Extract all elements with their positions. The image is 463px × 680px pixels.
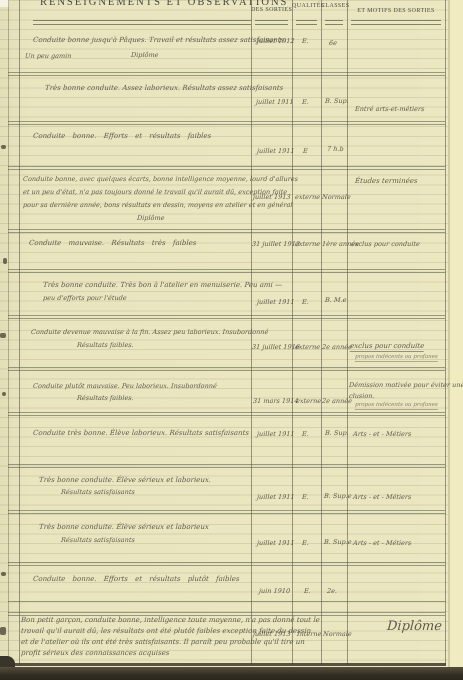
table-right-border (445, 0, 446, 665)
date-cell: juillet 1911 (256, 99, 294, 106)
observation-line: profit sérieux des connaissances acquise… (21, 650, 170, 657)
date-cell: juin 1910 (259, 588, 291, 595)
qualite-cell: E. (302, 431, 309, 438)
qualite-cell: E. (302, 494, 309, 501)
row-rule (8, 412, 445, 413)
sortie-cell: Arts - et - Métiers (353, 540, 412, 547)
qualite-cell: E. (302, 299, 309, 306)
classe-cell: B. Sup. (325, 430, 349, 437)
classe-cell: B. M.e (325, 297, 347, 304)
date-cell: juillet 1913 (253, 631, 291, 638)
date-cell: juillet 1911 (257, 299, 295, 306)
observation-line: Bon petit garçon, conduite bonne, intell… (21, 617, 320, 624)
date-cell: 31 juillet 1916 (252, 344, 300, 351)
scan-speck (2, 392, 6, 396)
classe-cell: 6e (329, 40, 337, 47)
table-row: Très bonne conduite. Élève sérieux et la… (19, 514, 445, 562)
classe-cell: B. Sup.e (324, 493, 352, 500)
table-row: Conduite plutôt mauvaise. Peu laborieux.… (19, 371, 445, 412)
qualite-cell: E. (304, 588, 311, 595)
table-row: Très bonne conduite. Assez laborieux. Ré… (19, 76, 445, 121)
scan-speck (0, 333, 6, 338)
register-page: RENSEIGNEMENTS ET OBSERVATIONS DES SORTI… (0, 0, 463, 680)
table-row: Bon petit garçon, conduite bonne, intell… (19, 616, 445, 663)
sortie-note: propos indécents ou profanes (355, 355, 438, 362)
classe-cell: Normale (322, 194, 351, 201)
column-header-qualites: QUALITÉS (292, 3, 321, 9)
observation-line: Conduite bonne. Efforts et résultats plu… (33, 576, 240, 583)
qualite-cell: E. (302, 540, 309, 547)
row-rule (8, 464, 445, 465)
sortie-cell: Études terminées (355, 178, 418, 185)
date-cell: 31 mars 1914 (253, 398, 299, 405)
scan-speck (3, 258, 7, 264)
table-row: Conduite bonne, avec quelques écarts, bo… (19, 170, 445, 229)
date-cell: juillet 1912 (257, 38, 295, 45)
row-rule (8, 612, 445, 613)
header-rule (296, 20, 317, 21)
date-cell: juillet 1911 (257, 494, 295, 501)
row-rule (8, 367, 445, 368)
classe-cell: 2e année (322, 398, 352, 405)
observation-line: Conduite bonne, avec quelques écarts, bo… (23, 176, 298, 183)
qualite-cell: E (303, 148, 308, 155)
observation-line: Conduite plutôt mauvaise. Peu laborieux.… (33, 383, 217, 390)
classe-cell: 7 h.b (327, 146, 344, 153)
header-rule (325, 20, 343, 21)
row-rule (8, 72, 445, 73)
row-rule (8, 229, 445, 230)
date-cell: juillet 1911 (257, 540, 295, 547)
sortie-cell: exclus pour conduite (351, 241, 420, 248)
sortie-cell: Arts - et - Métiers (353, 431, 412, 438)
scan-speck (0, 627, 6, 635)
date-cell: juillet 1911 (257, 431, 295, 438)
observation-line: Diplôme (137, 215, 165, 222)
table-row: Conduite bonne jusqu'à Pâques. Travail e… (19, 25, 445, 72)
observation-line: peu d'efforts pour l'étude (43, 295, 127, 302)
observation-line: Très bonne conduite. Élève sérieux et la… (39, 477, 211, 484)
classe-cell: 2e année (322, 344, 352, 351)
observation-line: Conduite devenue mauvaise à la fin. Asse… (31, 329, 269, 336)
page-edge-strip (448, 0, 463, 680)
scan-bottom-band (0, 667, 463, 680)
observation-line: Conduite mauvaise. Résultats très faible… (29, 240, 197, 247)
observation-line: pour sa dernière année, bons résultats e… (23, 202, 293, 209)
column-header-motifs: ET MOTIFS DES SORTIES (347, 8, 445, 14)
table-row: Très bonne conduite. Très bon à l'atelie… (19, 273, 445, 315)
row-rule (8, 166, 445, 167)
row-rule (8, 562, 445, 563)
row-rule (8, 269, 445, 270)
observation-line: Résultats faibles. (77, 395, 134, 402)
qualite-cell: E. (302, 38, 309, 45)
classe-cell: B. Sup. (325, 98, 349, 105)
sortie-cell: Diplôme (387, 620, 443, 633)
classe-cell: 2e. (327, 588, 338, 595)
date-cell: juillet 1913 (253, 194, 291, 201)
observation-line: Diplôme (131, 52, 159, 59)
observation-line: et de l'atelier où ils ont été très sati… (21, 639, 305, 646)
table-row: Conduite très bonne. Élève laborieux. Ré… (19, 416, 445, 464)
qualite-cell: E. (302, 99, 309, 106)
sortie-cell: clusion. (349, 393, 375, 400)
classe-cell: B. Sup.e (324, 539, 352, 546)
table-row: Conduite mauvaise. Résultats très faible… (19, 233, 445, 269)
observation-line: Conduite bonne jusqu'à Pâques. Travail e… (33, 37, 287, 44)
observation-line: Très bonne conduite. Très bon à l'atelie… (43, 282, 282, 289)
table-row: Conduite bonne. Efforts et résultats plu… (19, 566, 445, 601)
qualite-cell: externe (295, 194, 321, 201)
header-rule (255, 20, 288, 21)
column-header-classes: CLASSES (321, 3, 347, 9)
observation-line: Conduite bonne. Efforts et résultats fai… (33, 133, 212, 140)
sortie-cell: Démission motivée pour éviter une ex- (349, 382, 463, 389)
qualite-cell: externe (296, 398, 322, 405)
observation-line: Très bonne conduite. Assez laborieux. Ré… (45, 85, 284, 92)
date-cell: 31 juillet 1913 (252, 241, 300, 248)
sortie-cell: exclus pour conduite (350, 343, 425, 352)
observation-line: Un peu gamin (25, 53, 72, 60)
scan-speck (1, 572, 6, 576)
classe-cell: Normale (323, 631, 352, 638)
header-rule (33, 20, 251, 21)
table-bottom-rule (6, 663, 446, 666)
table-row: Conduite bonne. Efforts et résultats fai… (19, 125, 445, 166)
table-row: Conduite devenue mauvaise à la fin. Asse… (19, 319, 445, 367)
qualite-cell: externe (295, 344, 321, 351)
row-rule (8, 121, 445, 122)
qualite-cell: externe (295, 241, 321, 248)
observation-line: Résultats faibles. (77, 342, 134, 349)
table-row: Très bonne conduite. Élève sérieux et la… (19, 468, 445, 510)
header-rule (351, 20, 441, 21)
observation-line: et un peu d'état, n'a pas toujours donné… (23, 189, 288, 196)
observation-line: Conduite très bonne. Élève laborieux. Ré… (33, 430, 249, 437)
observation-line: Résultats satisfaisants (61, 489, 135, 496)
row-rule (8, 510, 445, 511)
date-cell: juillet 1911 (257, 148, 295, 155)
scan-speck (1, 145, 6, 149)
sortie-cell: Entré arts-et-métiers (355, 106, 425, 113)
row-rule (8, 601, 445, 602)
qualite-cell: Interne (297, 631, 322, 638)
observation-line: Résultats satisfaisants (61, 537, 135, 544)
sortie-note: propos indécents ou profanes (355, 403, 438, 410)
column-header-dates: DES SORTIES (251, 7, 292, 13)
row-rule (8, 315, 445, 316)
margin-rule (8, 0, 9, 668)
sortie-cell: Arts - et - Métiers (353, 494, 412, 501)
observation-line: Très bonne conduite. Élève sérieux et la… (39, 524, 209, 531)
